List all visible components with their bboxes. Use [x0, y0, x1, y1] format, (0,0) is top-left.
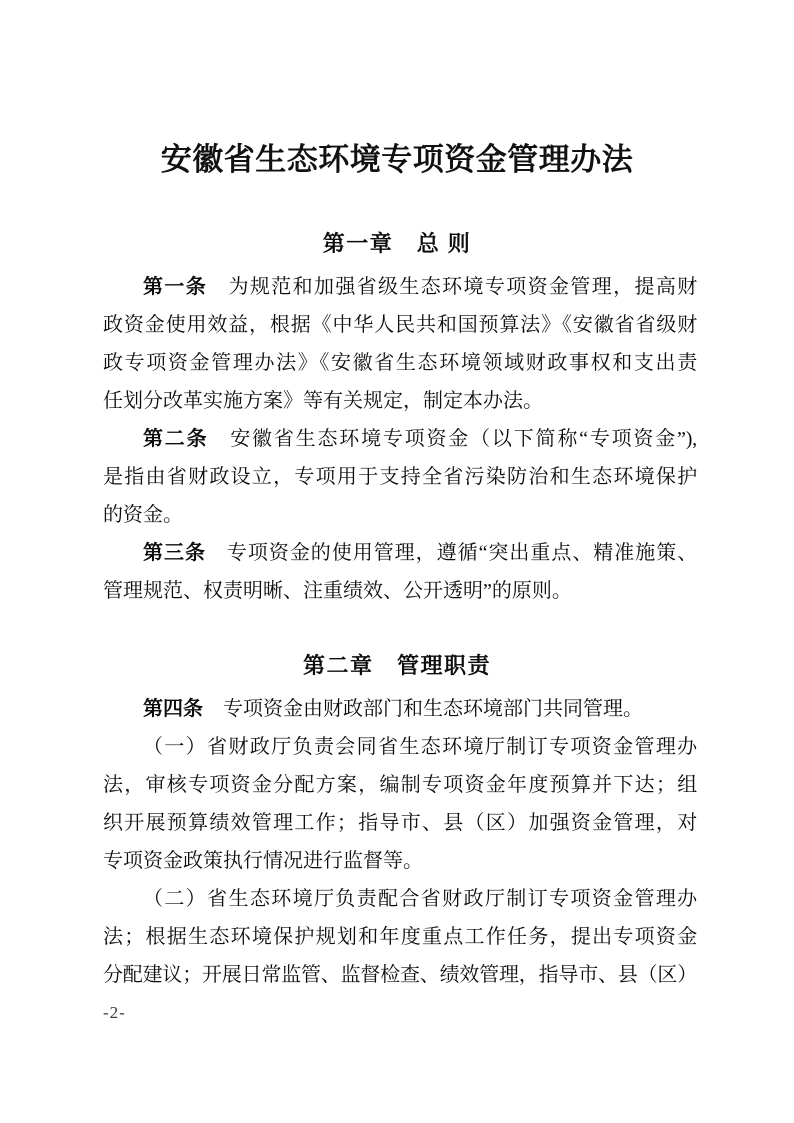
text-line: 第四条 专项资金由财政部门和生态环境部门共同管理。	[103, 690, 697, 728]
text-line: 是指由省财政设立，专项用于支持全省污染防治和生态环境保护	[103, 458, 697, 496]
text-segment: 安徽省生态环境专项资金（以下简称“专项资金”),	[208, 428, 697, 450]
text-segment: 织开展预算绩效管理工作；指导市、县（区）加强资金管理，对	[103, 812, 697, 834]
document-page: 安徽省生态环境专项资金管理办法 第一章 总 则 第一条 为规范和加强省级生态环境…	[0, 0, 794, 1123]
text-line: 分配建议；开展日常监管、监督检查、绩效管理，指导市、县（区）	[103, 956, 697, 994]
text-segment: （二）省生态环境厅负责配合省财政厅制订专项资金管理办	[143, 888, 697, 910]
text-line: 政资金使用效益，根据《中华人民共和国预算法》《安徽省省级财	[103, 306, 697, 344]
text-segment: 分配建议；开展日常监管、监督检查、绩效管理，指导市、县（区）	[103, 964, 697, 986]
text-line: 任划分改革实施方案》等有关规定，制定本办法。	[103, 382, 697, 420]
article-label: 第四条	[143, 698, 203, 720]
text-line: 的资金。	[103, 496, 697, 534]
section-2-text: 第四条 专项资金由财政部门和生态环境部门共同管理。（一）省财政厅负责会同省生态环…	[103, 690, 697, 994]
text-line: 织开展预算绩效管理工作；指导市、县（区）加强资金管理，对	[103, 804, 697, 842]
text-line: 专项资金政策执行情况进行监督等。	[103, 842, 697, 880]
text-segment: 管理规范、权责明晰、注重绩效、公开透明”的原则。	[103, 580, 572, 602]
chapter-1-heading: 第一章 总 则	[0, 231, 794, 257]
text-segment: 的资金。	[103, 504, 183, 526]
text-line: （二）省生态环境厅负责配合省财政厅制订专项资金管理办	[103, 880, 697, 918]
text-line: 第一条 为规范和加强省级生态环境专项资金管理，提高财	[103, 268, 697, 306]
text-segment: 政资金使用效益，根据《中华人民共和国预算法》《安徽省省级财	[103, 314, 697, 336]
text-line: 政专项资金管理办法》《安徽省生态环境领域财政事权和支出责	[103, 344, 697, 382]
chapter-2-heading: 第二章 管理职责	[0, 653, 794, 679]
page-number: -2-	[103, 1002, 126, 1024]
text-line: 法，审核专项资金分配方案，编制专项资金年度预算并下达；组	[103, 766, 697, 804]
text-line: 第三条 专项资金的使用管理，遵循“突出重点、精准施策、	[103, 534, 697, 572]
article-label: 第二条	[143, 428, 208, 450]
text-segment: 专项资金的使用管理，遵循“突出重点、精准施策、	[206, 542, 697, 564]
text-segment: 专项资金政策执行情况进行监督等。	[103, 850, 423, 872]
article-label: 第一条	[143, 276, 207, 298]
article-label: 第三条	[143, 542, 206, 564]
text-segment: 是指由省财政设立，专项用于支持全省污染防治和生态环境保护	[103, 466, 697, 488]
section-1-text: 第一条 为规范和加强省级生态环境专项资金管理，提高财政资金使用效益，根据《中华人…	[103, 268, 697, 610]
text-line: 第二条 安徽省生态环境专项资金（以下简称“专项资金”),	[103, 420, 697, 458]
text-segment: 政专项资金管理办法》《安徽省生态环境领域财政事权和支出责	[103, 352, 697, 374]
text-segment: 专项资金由财政部门和生态环境部门共同管理。	[203, 698, 643, 720]
document-title: 安徽省生态环境专项资金管理办法	[0, 142, 794, 178]
text-line: 法；根据生态环境保护规划和年度重点工作任务，提出专项资金	[103, 918, 697, 956]
text-line: 管理规范、权责明晰、注重绩效、公开透明”的原则。	[103, 572, 697, 610]
text-line: （一）省财政厅负责会同省生态环境厅制订专项资金管理办	[103, 728, 697, 766]
text-segment: 法，审核专项资金分配方案，编制专项资金年度预算并下达；组	[103, 774, 697, 796]
text-segment: 法；根据生态环境保护规划和年度重点工作任务，提出专项资金	[103, 926, 697, 948]
text-segment: 任划分改革实施方案》等有关规定，制定本办法。	[103, 390, 543, 412]
text-segment: 为规范和加强省级生态环境专项资金管理，提高财	[207, 276, 697, 298]
text-segment: （一）省财政厅负责会同省生态环境厅制订专项资金管理办	[143, 736, 697, 758]
